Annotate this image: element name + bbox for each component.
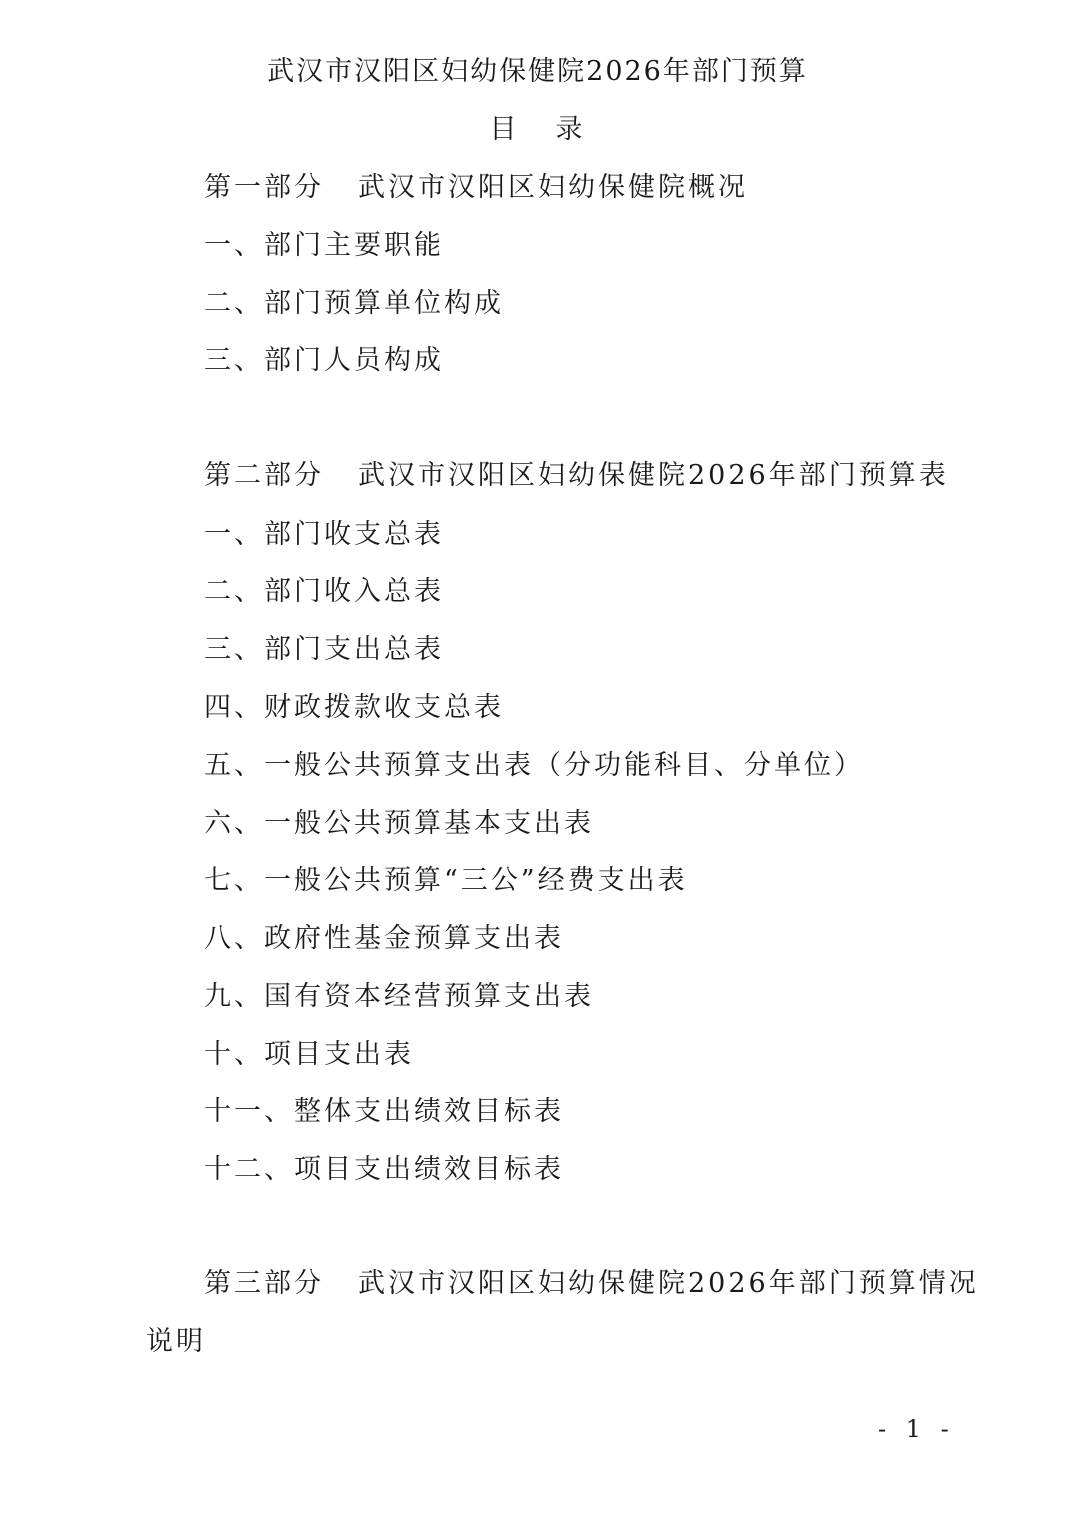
toc-heading: 目录 <box>0 112 1075 148</box>
toc-item[interactable]: 九、国有资本经营预算支出表 <box>204 979 594 1015</box>
toc-part-3-heading[interactable]: 第三部分武汉市汉阳区妇幼保健院2026年部门预算情况 <box>204 1266 979 1302</box>
toc-heading-right: 录 <box>556 114 586 145</box>
toc-part-1-heading[interactable]: 第一部分武汉市汉阳区妇幼保健院概况 <box>204 170 748 206</box>
toc-item[interactable]: 五、一般公共预算支出表（分功能科目、分单位） <box>204 748 864 784</box>
part-label: 第三部分 <box>204 1268 324 1299</box>
part-label: 第二部分 <box>204 460 324 491</box>
toc-item[interactable]: 二、部门收入总表 <box>204 574 444 610</box>
part-title: 武汉市汉阳区妇幼保健院概况 <box>358 172 748 203</box>
toc-item[interactable]: 八、政府性基金预算支出表 <box>204 921 564 957</box>
part-title: 武汉市汉阳区妇幼保健院2026年部门预算情况 <box>358 1268 979 1299</box>
toc-item[interactable]: 七、一般公共预算“三公”经费支出表 <box>204 863 688 899</box>
toc-item[interactable]: 四、财政拨款收支总表 <box>204 690 504 726</box>
toc-part-2-heading[interactable]: 第二部分武汉市汉阳区妇幼保健院2026年部门预算表 <box>204 458 949 494</box>
toc-heading-left: 目 <box>490 114 520 145</box>
toc-item[interactable]: 一、部门收支总表 <box>204 517 444 553</box>
document-title: 武汉市汉阳区妇幼保健院2026年部门预算 <box>0 54 1075 90</box>
toc-part-3-heading-continuation[interactable]: 说明 <box>146 1324 206 1360</box>
toc-item[interactable]: 三、部门人员构成 <box>204 343 444 379</box>
toc-item[interactable]: 三、部门支出总表 <box>204 632 444 668</box>
toc-item[interactable]: 十一、整体支出绩效目标表 <box>204 1094 564 1130</box>
part-title: 武汉市汉阳区妇幼保健院2026年部门预算表 <box>358 460 949 491</box>
part-label: 第一部分 <box>204 172 324 203</box>
toc-item[interactable]: 十二、项目支出绩效目标表 <box>204 1152 564 1188</box>
page-number: - 1 - <box>878 1414 955 1444</box>
toc-item[interactable]: 十、项目支出表 <box>204 1037 414 1073</box>
toc-item[interactable]: 二、部门预算单位构成 <box>204 286 504 322</box>
toc-item[interactable]: 一、部门主要职能 <box>204 228 444 264</box>
toc-item[interactable]: 六、一般公共预算基本支出表 <box>204 806 594 842</box>
